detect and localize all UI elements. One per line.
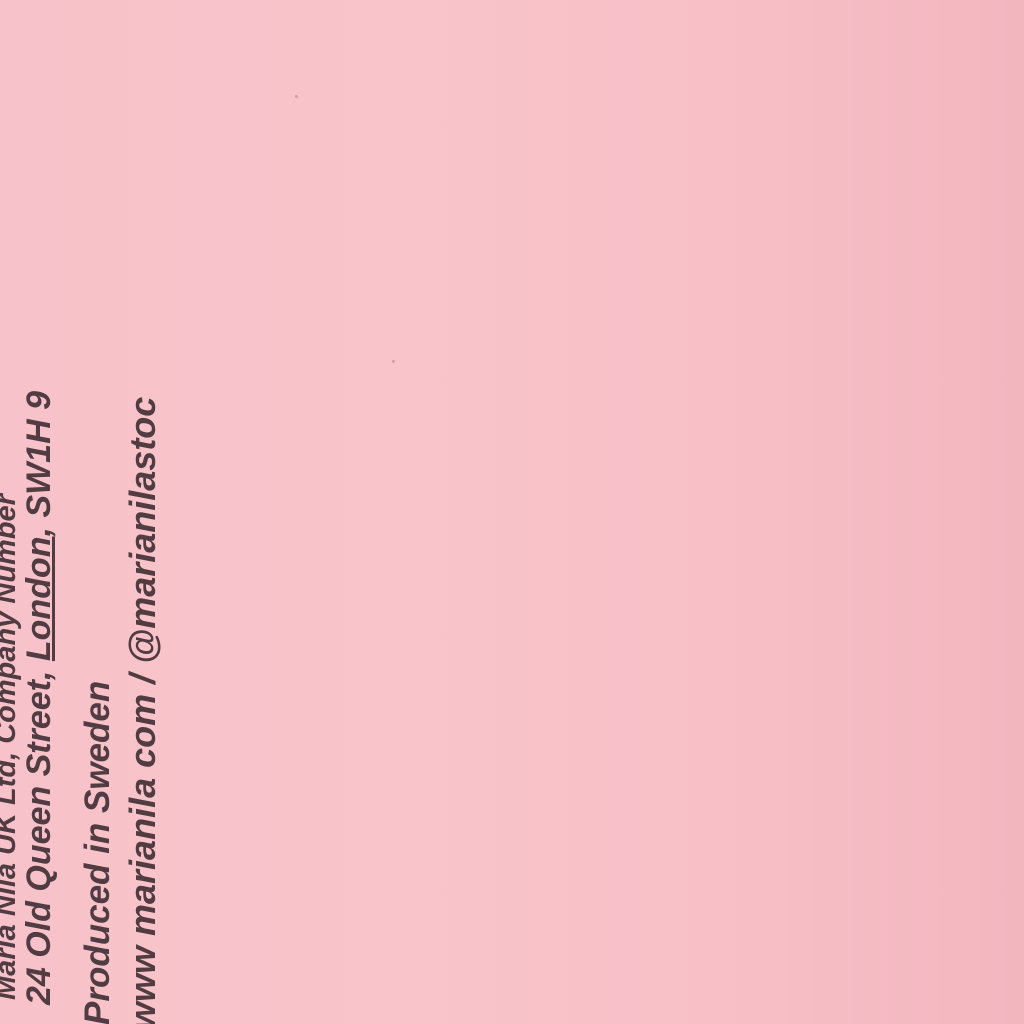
address-line: 24 Old Queen Street, London, SW1H 9 [20,391,59,1005]
speck [295,95,298,98]
product-label: Maria Nila UK Ltd, Company Number 24 Old… [0,0,1024,1024]
address-postcode: , SW1H 9 [20,391,58,536]
address-city: London [20,536,58,661]
origin-line: Produced in Sweden [78,681,118,1024]
web-social-line: www marianila com / @marianilastoc [122,397,164,1024]
address-street: 24 Old Queen Street, [20,661,58,1005]
speck [392,360,395,363]
